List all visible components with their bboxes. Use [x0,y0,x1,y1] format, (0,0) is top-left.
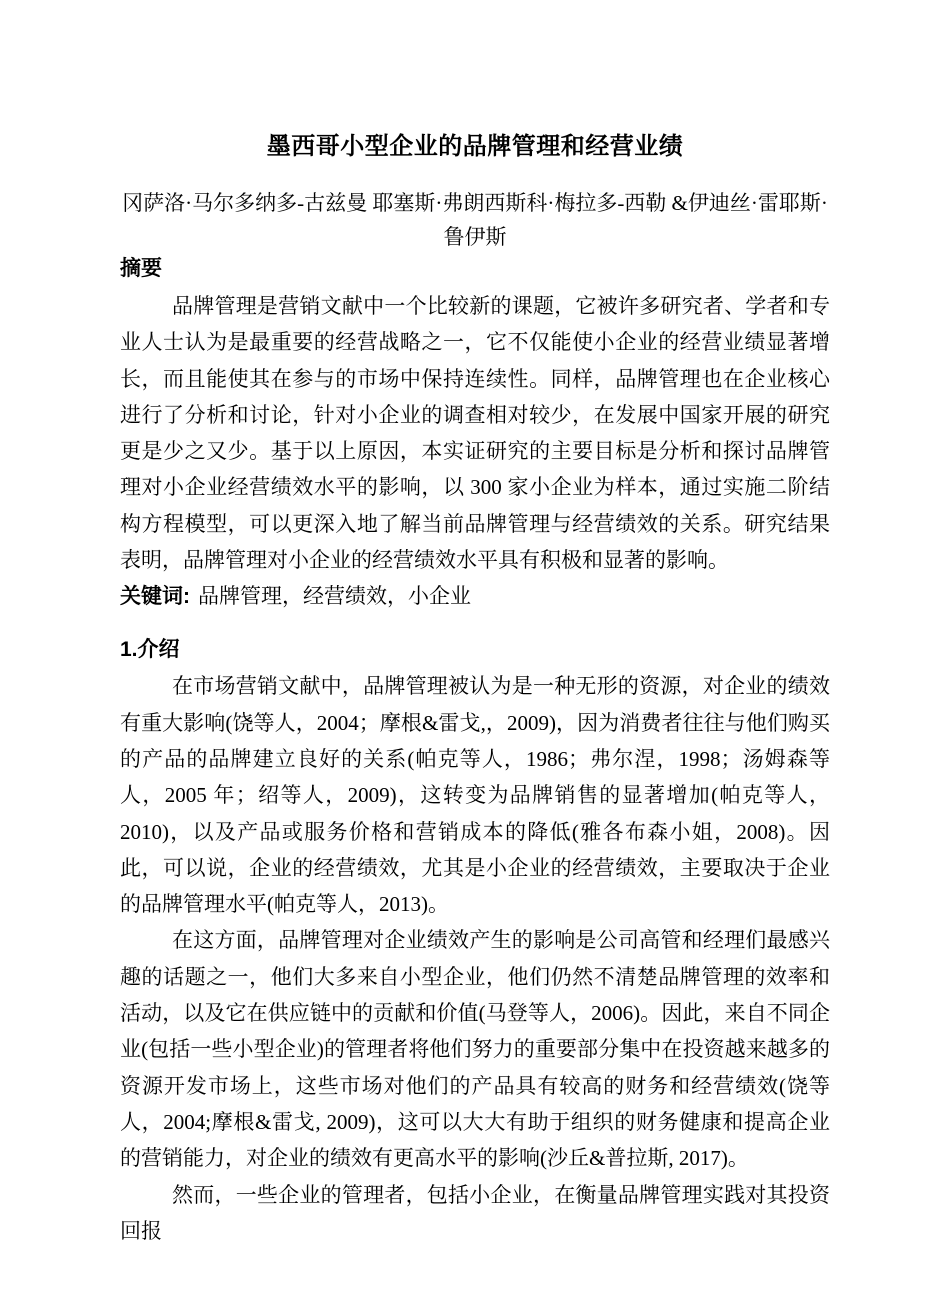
keywords-text: 品牌管理，经营绩效，小企业 [198,584,471,608]
authors-line: 冈萨洛·马尔多纳多-古兹曼 耶塞斯·弗朗西斯科·梅拉多-西勒 &伊迪丝·雷耶斯·… [120,186,830,254]
section-heading-introduction: 1.介绍 [120,632,830,668]
page-title: 墨西哥小型企业的品牌管理和经营业绩 [120,132,830,162]
document-page: 墨西哥小型企业的品牌管理和经营业绩 冈萨洛·马尔多纳多-古兹曼 耶塞斯·弗朗西斯… [0,0,926,1309]
section-paragraph: 在这方面，品牌管理对企业绩效产生的影响是公司高管和经理们最感兴趣的话题之一，他们… [120,922,830,1176]
keywords-line: 关键词:品牌管理，经营绩效，小企业 [120,578,830,615]
section-paragraph: 然而，一些企业的管理者，包括小企业，在衡量品牌管理实践对其投资回报 [120,1177,830,1250]
section-paragraph: 在市场营销文献中，品牌管理被认为是一种无形的资源，对企业的绩效有重大影响(饶等人… [120,668,830,922]
abstract-paragraph: 品牌管理是营销文献中一个比较新的课题，它被许多研究者、学者和专业人士认为是最重要… [120,288,830,578]
keywords-label: 关键词: [120,585,198,608]
abstract-heading: 摘要 [120,254,830,284]
